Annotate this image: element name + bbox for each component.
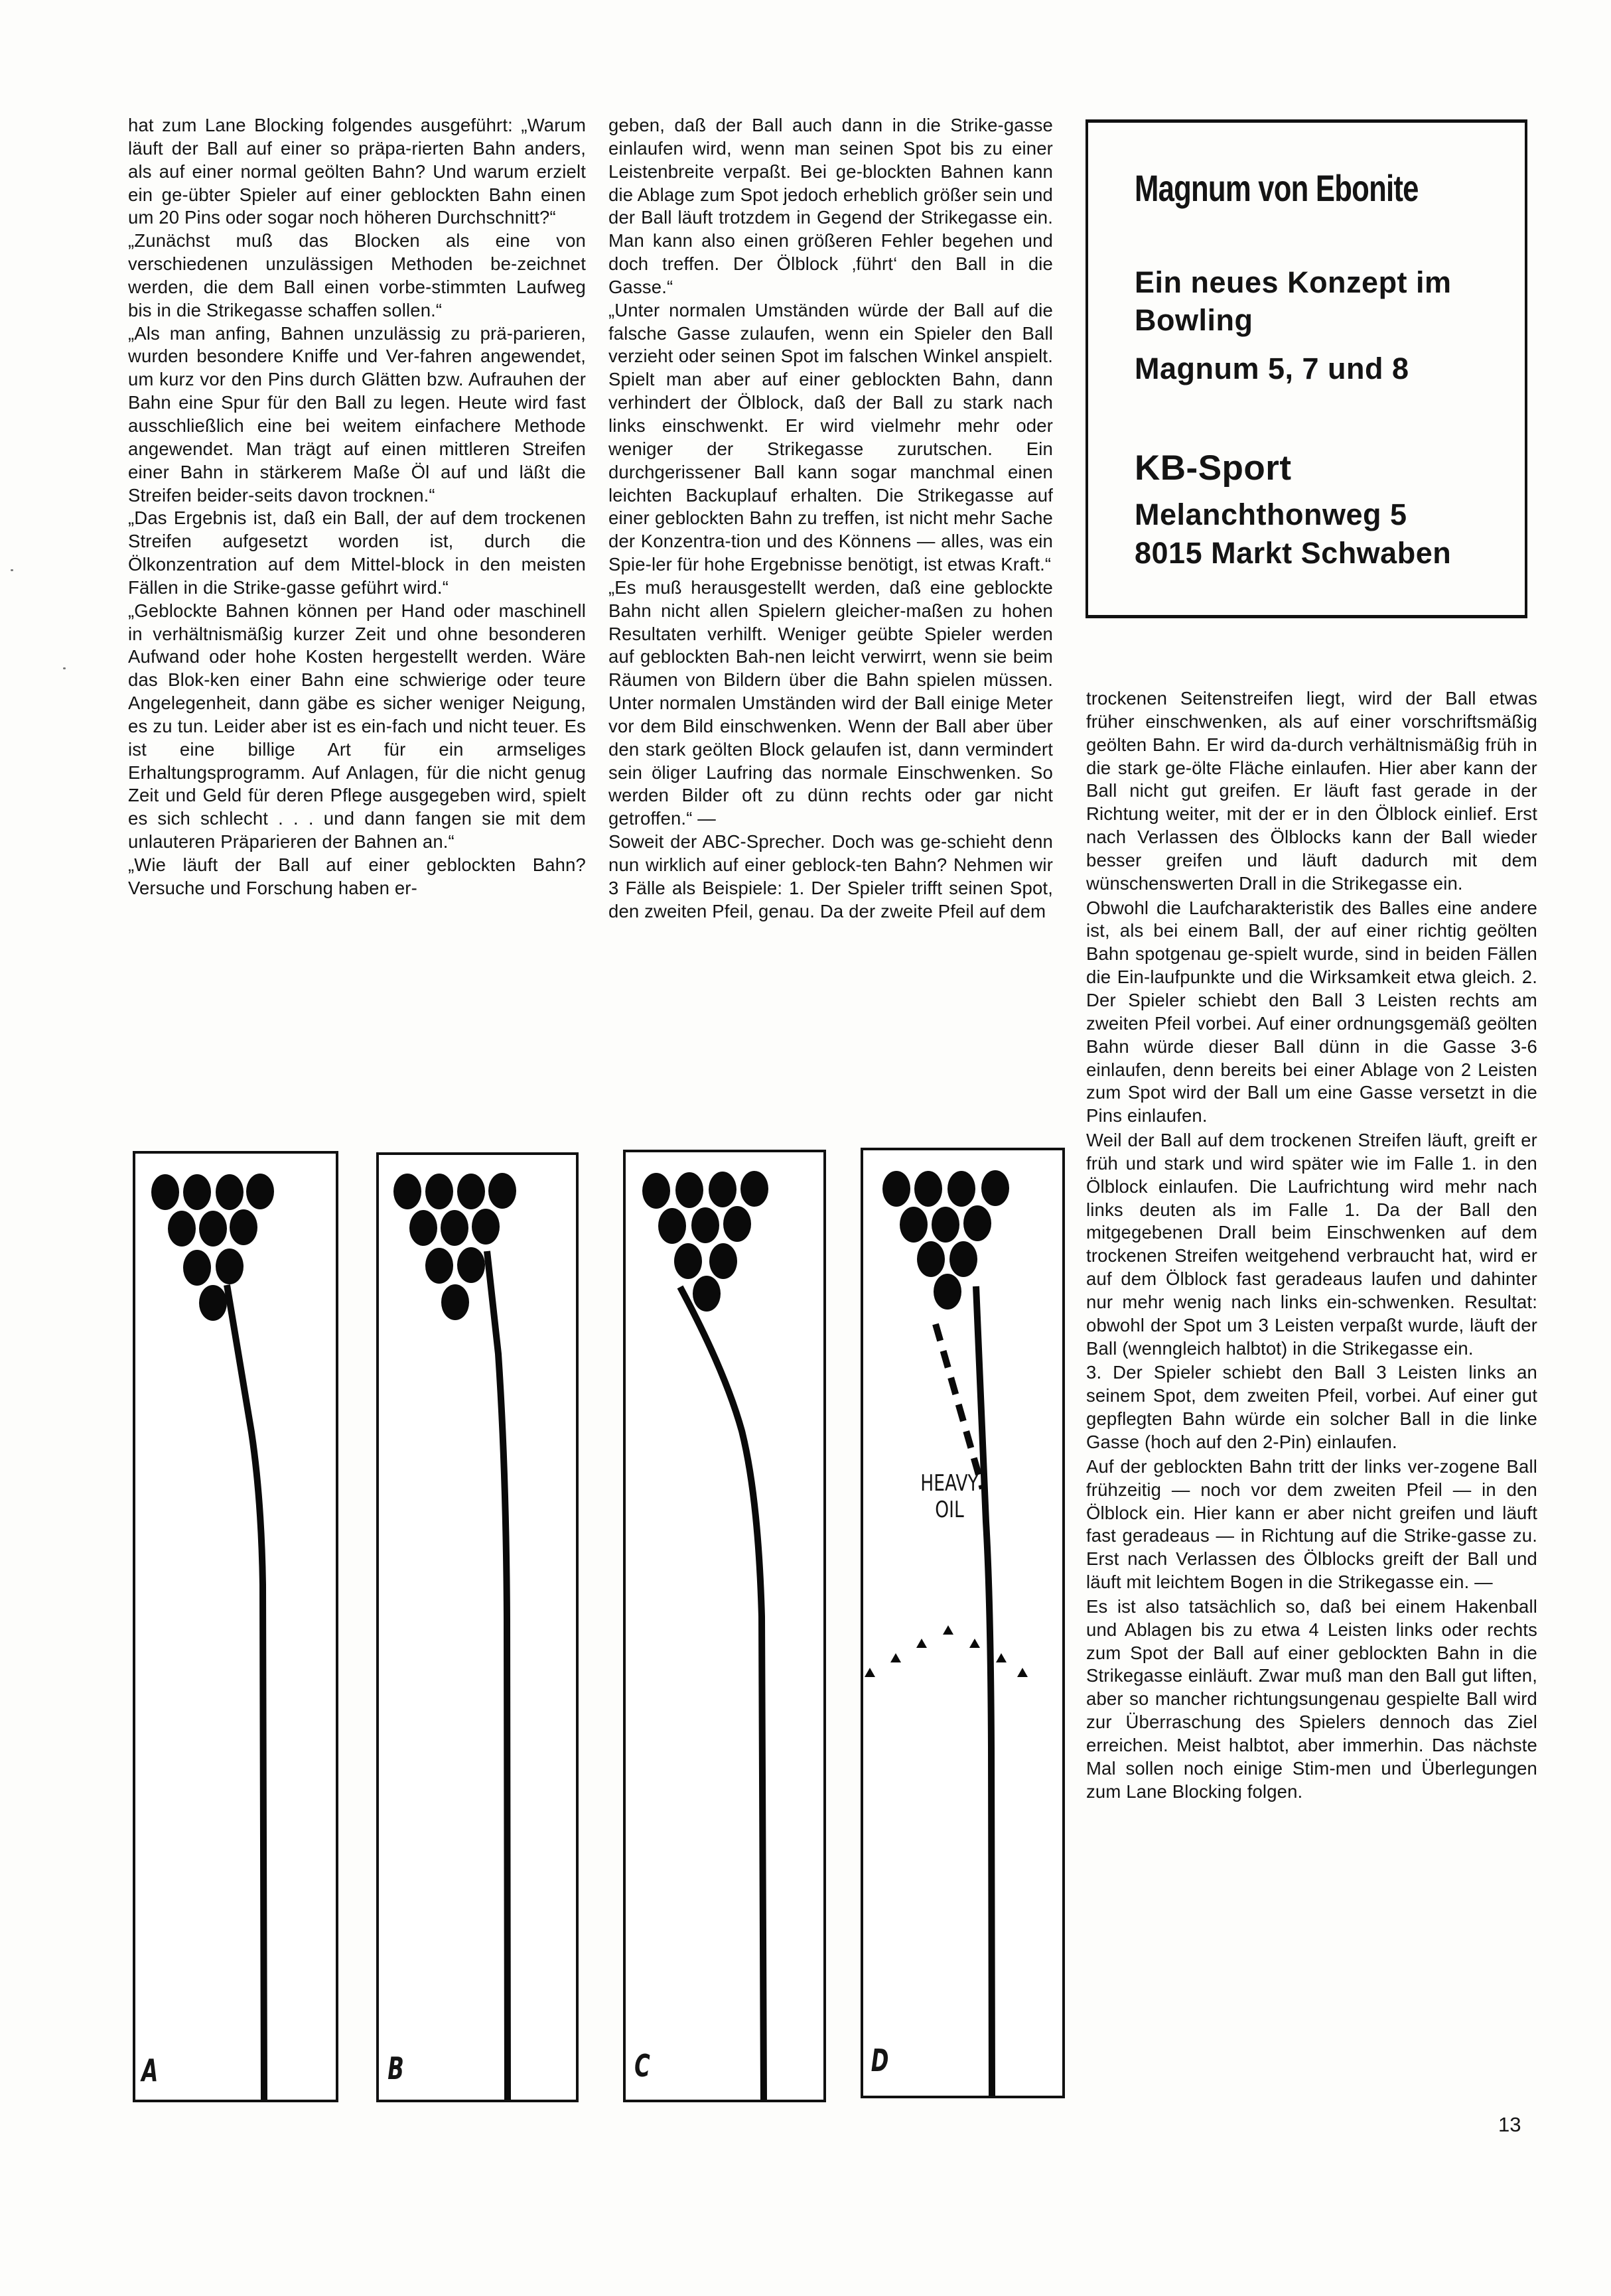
lane-diagram-a: A: [133, 1151, 338, 2102]
lane-label: A: [141, 2053, 158, 2088]
advertisement-box: Magnum von Ebonite Ein neues Konzept im …: [1086, 119, 1527, 618]
lane-label: C: [634, 2048, 650, 2084]
ad-models: Magnum 5, 7 und 8: [1135, 352, 1409, 386]
ad-street: Melanchthonweg 5: [1135, 498, 1407, 532]
pin-rack-icon: [882, 1170, 1009, 1310]
paragraph: „Als man anfing, Bahnen unzulässig zu pr…: [128, 322, 586, 507]
ball-path-icon: [976, 1286, 992, 2096]
paragraph: Soweit der ABC-Sprecher. Doch was ge-sch…: [608, 831, 1053, 923]
page-number: 13: [1498, 2113, 1521, 2137]
lane-c-graphic: [626, 1152, 823, 2100]
ball-path-icon: [227, 1285, 264, 2100]
scan-speck: [63, 667, 66, 669]
paragraph: Obwohl die Laufcharakteristik des Balles…: [1086, 897, 1537, 1128]
lane-label: D: [871, 2043, 889, 2078]
lane-a-graphic: [135, 1154, 336, 2100]
paragraph: „Geblockte Bahnen können per Hand oder m…: [128, 600, 586, 854]
paragraph: „Es muß herausgestellt werden, daß eine …: [608, 576, 1053, 831]
lane-label: B: [387, 2051, 404, 2086]
article-column-1: hat zum Lane Blocking folgendes ausgefüh…: [128, 114, 586, 900]
paragraph: geben, daß der Ball auch dann in die Str…: [608, 114, 1053, 299]
heavy-oil-label: HEAVY OIL: [908, 1470, 991, 1523]
paragraph: „Wie läuft der Ball auf einer geblockten…: [128, 854, 586, 900]
heavy-oil-line1: HEAVY: [908, 1470, 991, 1497]
paragraph: Auf der geblockten Bahn tritt der links …: [1086, 1455, 1537, 1594]
pin-rack-icon: [151, 1174, 274, 1321]
lane-b-graphic: [379, 1155, 576, 2100]
ball-path-icon: [680, 1287, 764, 2100]
ad-company: KB-Sport: [1135, 448, 1292, 488]
paragraph: 3. Der Spieler schiebt den Ball 3 Leiste…: [1086, 1361, 1537, 1453]
article-column-2: geben, daß der Ball auch dann in die Str…: [608, 114, 1053, 923]
paragraph: trockenen Seitenstreifen liegt, wird der…: [1086, 687, 1537, 896]
pin-rack-icon: [642, 1171, 768, 1312]
ball-path-icon: [487, 1251, 508, 2100]
ad-title: Magnum von Ebonite: [1135, 167, 1419, 210]
paragraph: „Das Ergebnis ist, daß ein Ball, der auf…: [128, 507, 586, 599]
lane-diagram-b: B: [376, 1152, 579, 2102]
ad-city: 8015 Markt Schwaben: [1135, 536, 1451, 571]
paragraph: „Zunächst muß das Blocken als eine von v…: [128, 230, 586, 322]
paragraph: Es ist also tatsächlich so, daß bei eine…: [1086, 1595, 1537, 1804]
ad-tagline: Ein neues Konzept im: [1135, 265, 1452, 300]
ad-tagline-cont: Bowling: [1135, 303, 1253, 338]
lane-diagram-c: C: [623, 1150, 826, 2102]
paragraph: hat zum Lane Blocking folgendes ausgefüh…: [128, 114, 586, 230]
scan-speck: [11, 569, 13, 571]
article-column-3: trockenen Seitenstreifen liegt, wird der…: [1086, 687, 1537, 1804]
paragraph: Weil der Ball auf dem trockenen Streifen…: [1086, 1129, 1537, 1360]
lane-diagram-d: HEAVY OIL D: [861, 1148, 1065, 2098]
lane-d-graphic: [863, 1150, 1062, 2096]
target-arrows-icon: [865, 1625, 1028, 1677]
pin-rack-icon: [393, 1173, 516, 1320]
paragraph: „Unter normalen Umständen würde der Ball…: [608, 299, 1053, 576]
heavy-oil-line2: OIL: [908, 1497, 991, 1523]
